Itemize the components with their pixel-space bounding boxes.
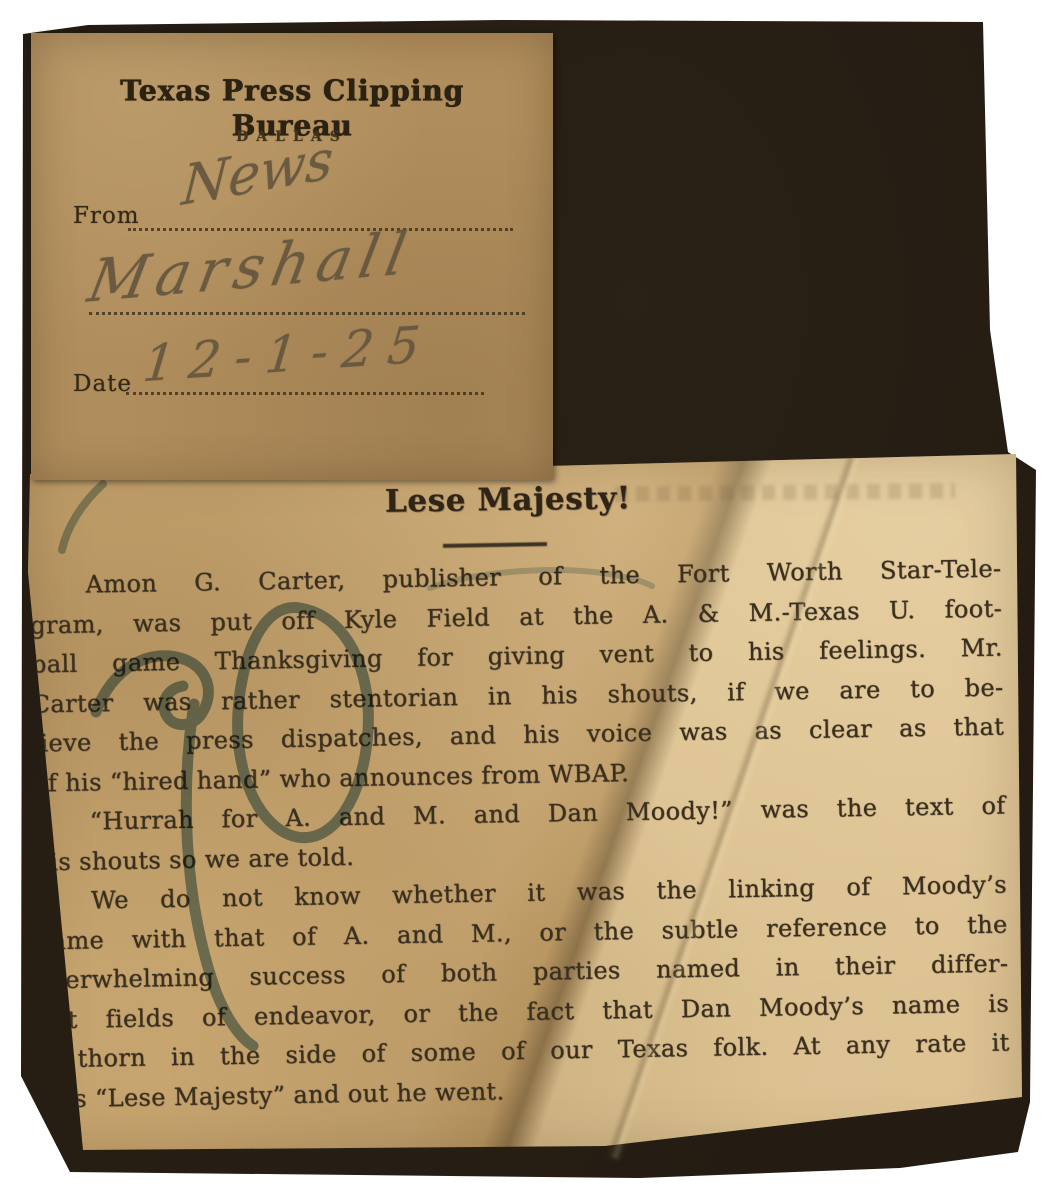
headline-divider-rule — [443, 542, 547, 548]
scanned-scrapbook-page: Lese Majesty! Amon G. Carter, publisher … — [0, 0, 1051, 1200]
newspaper-clipping: Lese Majesty! Amon G. Carter, publisher … — [28, 452, 1022, 1152]
date-label: Date — [73, 371, 132, 397]
clipping-body-text: Amon G. Carter, publisher of the Fort Wo… — [29, 550, 1011, 1120]
clipping-headline: Lese Majesty! — [208, 478, 808, 522]
press-clipping-bureau-slip: Texas Press Clipping Bureau DALLAS From … — [31, 33, 553, 480]
